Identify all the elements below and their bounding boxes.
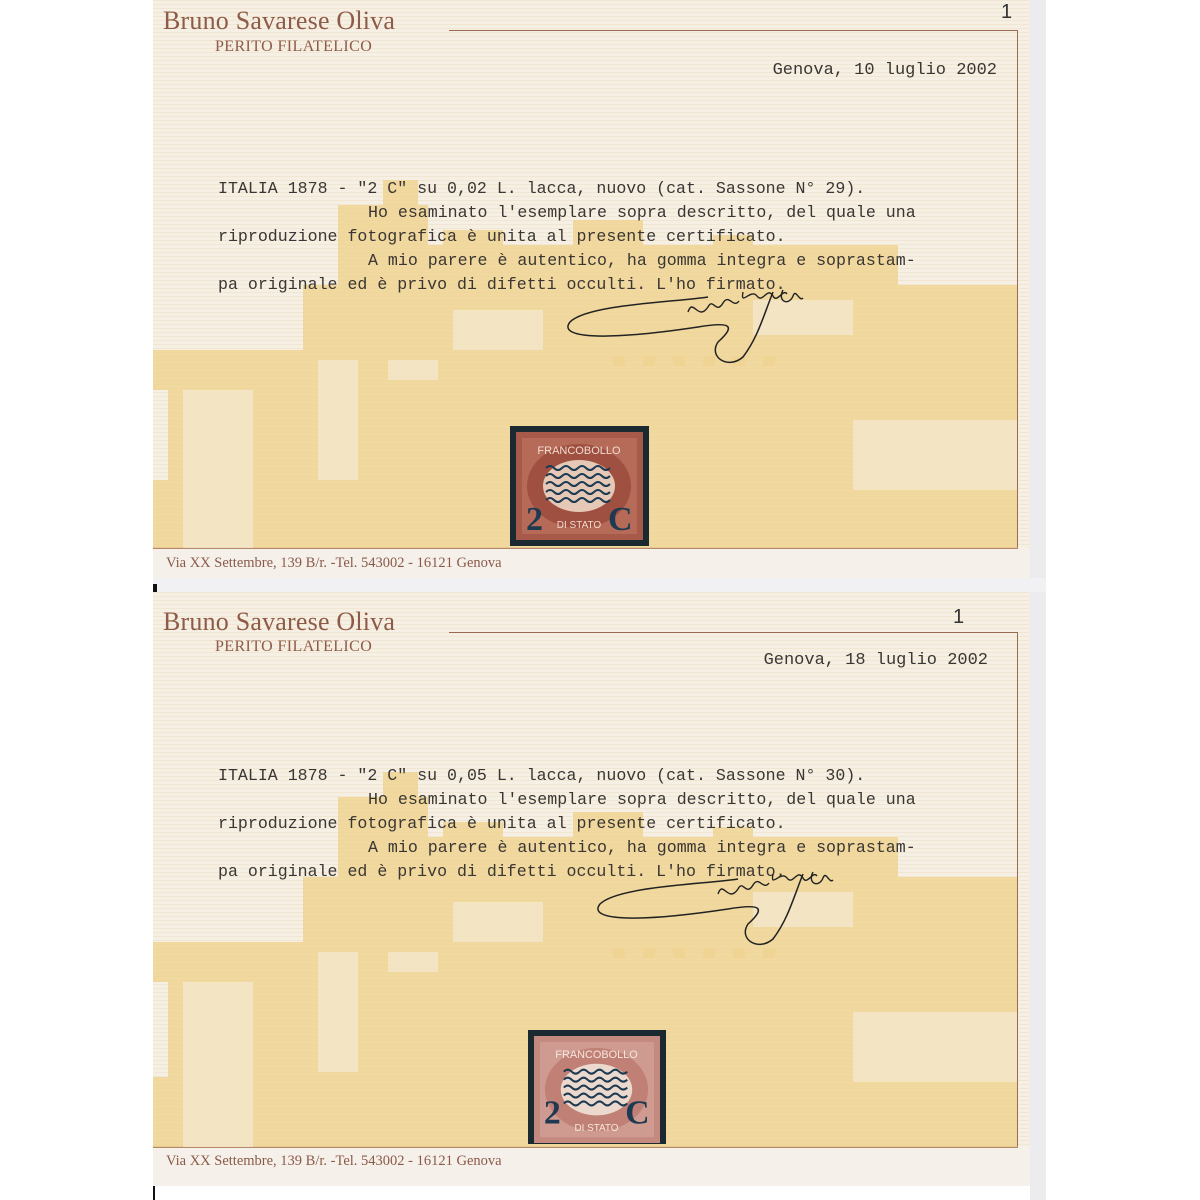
stamp-bottom-text: DI STATO xyxy=(574,1123,618,1134)
overprint-numeral: 2 xyxy=(544,1094,561,1131)
stamp-image: FRANCOBOLLO DI STATO 2 C xyxy=(516,432,643,540)
body-line: Ho esaminato l'esemplare sopra descritto… xyxy=(218,201,1008,225)
certificate-body: ITALIA 1878 - "2 C" su 0,02 L. lacca, nu… xyxy=(218,153,1008,297)
stamp-top-text: FRANCOBOLLO xyxy=(537,445,621,457)
stamp-image: FRANCOBOLLO DI STATO 2 C xyxy=(534,1036,660,1143)
signature xyxy=(558,282,818,382)
frame-right xyxy=(1017,30,1018,548)
certificate-body: ITALIA 1878 - "2 C" su 0,05 L. lacca, nu… xyxy=(218,740,1008,884)
scan-edge-strip xyxy=(1030,0,1046,1200)
certificate-2: Bruno Savarese Oliva PERITO FILATELICO 1… xyxy=(153,592,1030,1186)
overprint-numeral: 2 xyxy=(526,501,543,538)
stamp-photo: FRANCOBOLLO DI STATO 2 C xyxy=(510,426,649,546)
certificate-1: Bruno Savarese Oliva PERITO FILATELICO 1… xyxy=(153,0,1030,578)
stamp-description: ITALIA 1878 - "2 C" su 0,02 L. lacca, nu… xyxy=(218,177,1008,201)
overprint-letter: C xyxy=(625,1094,649,1131)
signature xyxy=(588,864,848,964)
stamp-bottom-text: DI STATO xyxy=(557,520,602,531)
letterhead-address: Via XX Settembre, 139 B/r. -Tel. 543002 … xyxy=(166,1153,502,1170)
stamp-description: ITALIA 1878 - "2 C" su 0,05 L. lacca, nu… xyxy=(218,764,1008,788)
body-line: Ho esaminato l'esemplare sopra descritto… xyxy=(218,788,1008,812)
letterhead-address: Via XX Settembre, 139 B/r. -Tel. 543002 … xyxy=(166,555,502,572)
stamp-top-text: FRANCOBOLLO xyxy=(555,1049,637,1061)
body-line: A mio parere è autentico, ha gomma integ… xyxy=(218,249,1008,273)
overprint-letter: C xyxy=(608,501,633,538)
stamp-photo: FRANCOBOLLO DI STATO 2 C xyxy=(528,1030,666,1144)
body-line: A mio parere è autentico, ha gomma integ… xyxy=(218,836,1008,860)
frame-right xyxy=(1017,632,1018,1147)
scan-mark xyxy=(153,1186,155,1200)
body-line: riproduzione fotografica è unita al pres… xyxy=(218,225,1008,249)
scan-gap-strip xyxy=(153,578,1046,592)
body-line: riproduzione fotografica è unita al pres… xyxy=(218,812,1008,836)
